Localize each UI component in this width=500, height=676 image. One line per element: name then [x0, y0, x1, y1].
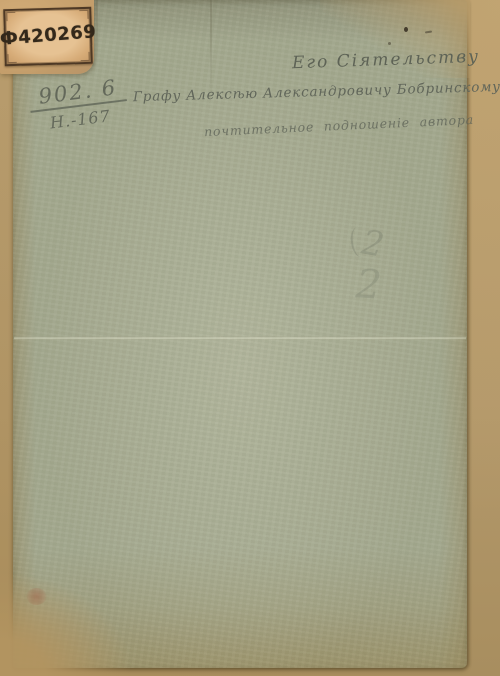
document-scan: Ф420269 902. 6 Н.-167 Его Сіятельству Гр…	[0, 0, 500, 676]
pencil-mark-lower: 2	[354, 261, 383, 309]
accession-number-stamp: Ф420269	[0, 21, 97, 50]
archive-label: Ф420269	[3, 7, 93, 66]
label-frame-corner	[80, 52, 89, 61]
vertical-crease	[210, 0, 212, 100]
red-stain-spot	[26, 588, 47, 605]
horizontal-fold-crease	[14, 336, 466, 340]
ink-speck	[404, 27, 408, 32]
ink-speck	[388, 42, 391, 45]
label-frame-corner	[7, 54, 16, 63]
label-frame-corner	[6, 12, 15, 21]
label-frame-corner	[79, 10, 88, 19]
